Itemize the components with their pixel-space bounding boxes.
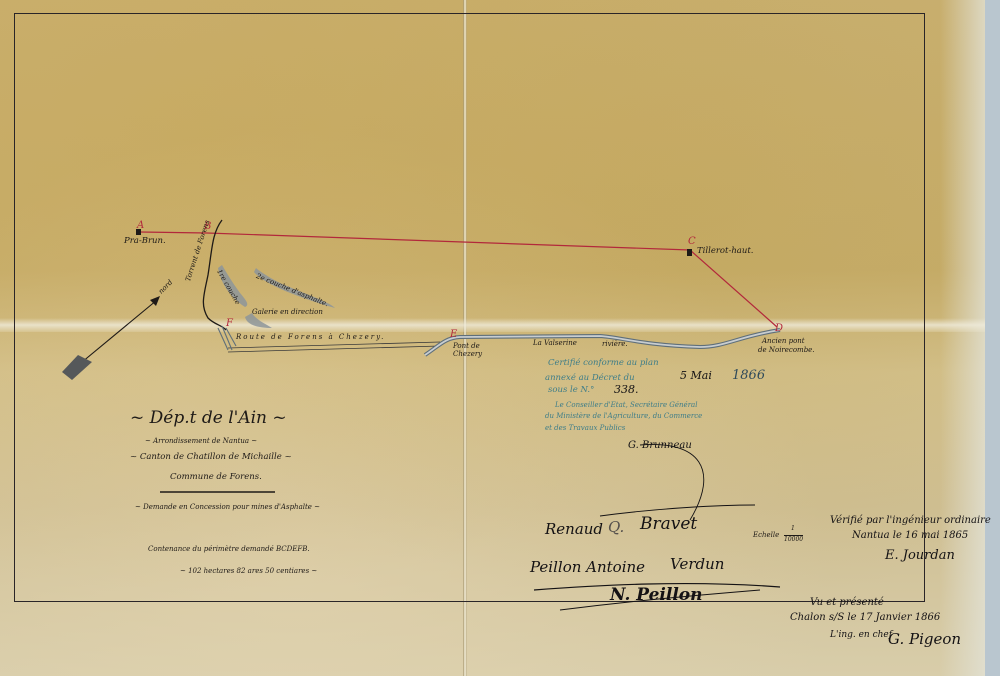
signature-bravet: Bravet [640, 514, 697, 534]
label-tillerot-haut: Tillerot-haut. [697, 246, 753, 256]
cartouche-arrondissement: ~ Arrondissement de Nantua ~ [145, 437, 257, 445]
point-e: E [450, 329, 457, 340]
vu-line1: Vu et présenté [810, 597, 884, 608]
scale-numerator: 1 [791, 525, 795, 532]
label-galerie: Galerie en direction [252, 308, 323, 316]
point-a: A [137, 220, 144, 231]
signature-verdun: Verdun [670, 555, 724, 573]
signature-n-peillon: N. Peillon [610, 585, 703, 605]
certif-line1: Certifié conforme au plan [548, 358, 659, 368]
cartouche-demande: ~ Demande en Concession pour mines d'Asp… [135, 503, 320, 511]
scale-label: Echelle [753, 531, 779, 539]
label-pont-chezery-2: Chezery [453, 350, 482, 358]
certif-line2: annexé au Décret du [545, 373, 635, 383]
signature-renaud: Renaud [545, 520, 603, 538]
map-drawing [0, 0, 1000, 676]
vu-line2: Chalon s/S le 17 Janvier 1866 [790, 612, 940, 623]
scale-denominator: 10000 [784, 535, 803, 543]
label-route: Route de Forens à Chezery. [236, 333, 385, 341]
point-f: F [226, 318, 233, 329]
verif-signature: E. Jourdan [885, 548, 955, 563]
certif-line5: du Ministère de l'Agriculture, du Commer… [545, 412, 702, 420]
certif-line6: et des Travaux Publics [545, 424, 625, 432]
verif-line1: Vérifié par l'ingénieur ordinaire [830, 515, 991, 526]
vu-line3: L'ing. en chef [830, 630, 892, 640]
perimeter-line [140, 232, 777, 327]
label-ancien-pont-1: Ancien pont [762, 337, 805, 345]
verif-line2: Nantua le 16 mai 1865 [852, 530, 968, 541]
certif-date: 5 Mai [680, 369, 712, 382]
label-pont-chezery-1: Pont de [453, 342, 480, 350]
cartouche-departement: ~ Dép.t de l'Ain ~ [130, 408, 287, 428]
signature-q: Q. [608, 518, 624, 536]
signature-peillon-antoine: Peillon Antoine [530, 558, 645, 576]
cartouche-contenance: Contenance du périmètre demandé BCDEFB. [148, 545, 310, 553]
vu-signature: G. Pigeon [888, 630, 961, 648]
cartouche-commune: Commune de Forens. [170, 472, 262, 482]
certif-year: 1866 [732, 368, 765, 383]
label-river: rivière. [602, 340, 628, 348]
label-ancien-pont-2: de Noirecombe. [758, 346, 815, 354]
certif-line4: Le Conseiller d'Etat, Secrétaire Général [555, 401, 697, 409]
cartouche-surface: ~ 102 hectares 82 ares 50 centiares ~ [180, 567, 317, 575]
label-pra-brun: Pra-Brun. [124, 236, 166, 246]
certif-signature: G. Brunneau [628, 440, 692, 451]
north-arrow-fletch [62, 355, 92, 380]
certif-number: 338. [614, 383, 639, 396]
cartouche-canton: ~ Canton de Chatillon de Michaille ~ [130, 452, 292, 462]
point-c: C [688, 236, 696, 247]
point-d: D [775, 323, 783, 334]
label-river-name: La Valserine [533, 339, 577, 347]
certif-line3: sous le N.° [548, 385, 594, 395]
